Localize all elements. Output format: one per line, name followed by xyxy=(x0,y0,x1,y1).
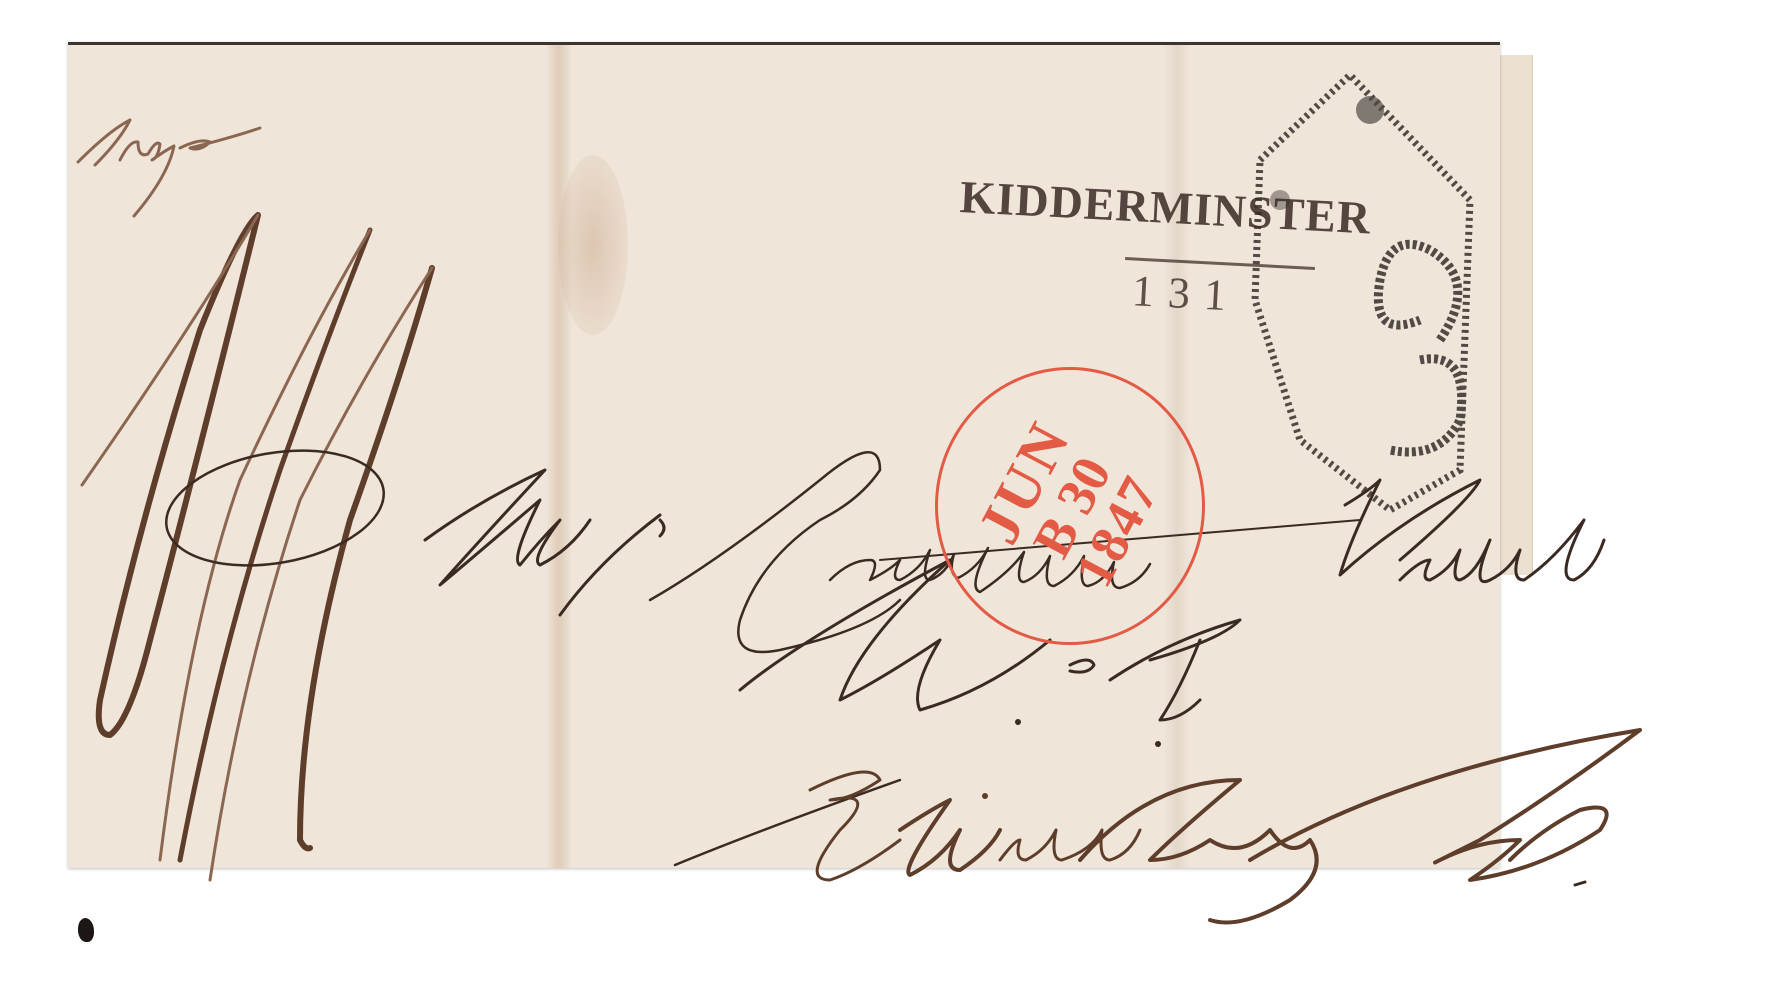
scene: KIDDERMINSTER 131 JUN B 30 1847 11 Aug M… xyxy=(0,0,1785,1000)
address-line-3 xyxy=(675,730,1640,923)
ink-blot xyxy=(78,918,94,942)
boxed-handstamp xyxy=(1255,75,1470,510)
date-postmark: JUN B 30 1847 xyxy=(935,367,1205,645)
corner-note xyxy=(78,120,260,216)
rate-marking-11 xyxy=(82,215,432,880)
town-postmark-mileage: 131 xyxy=(1131,265,1242,322)
markings-layer xyxy=(0,0,1785,1000)
